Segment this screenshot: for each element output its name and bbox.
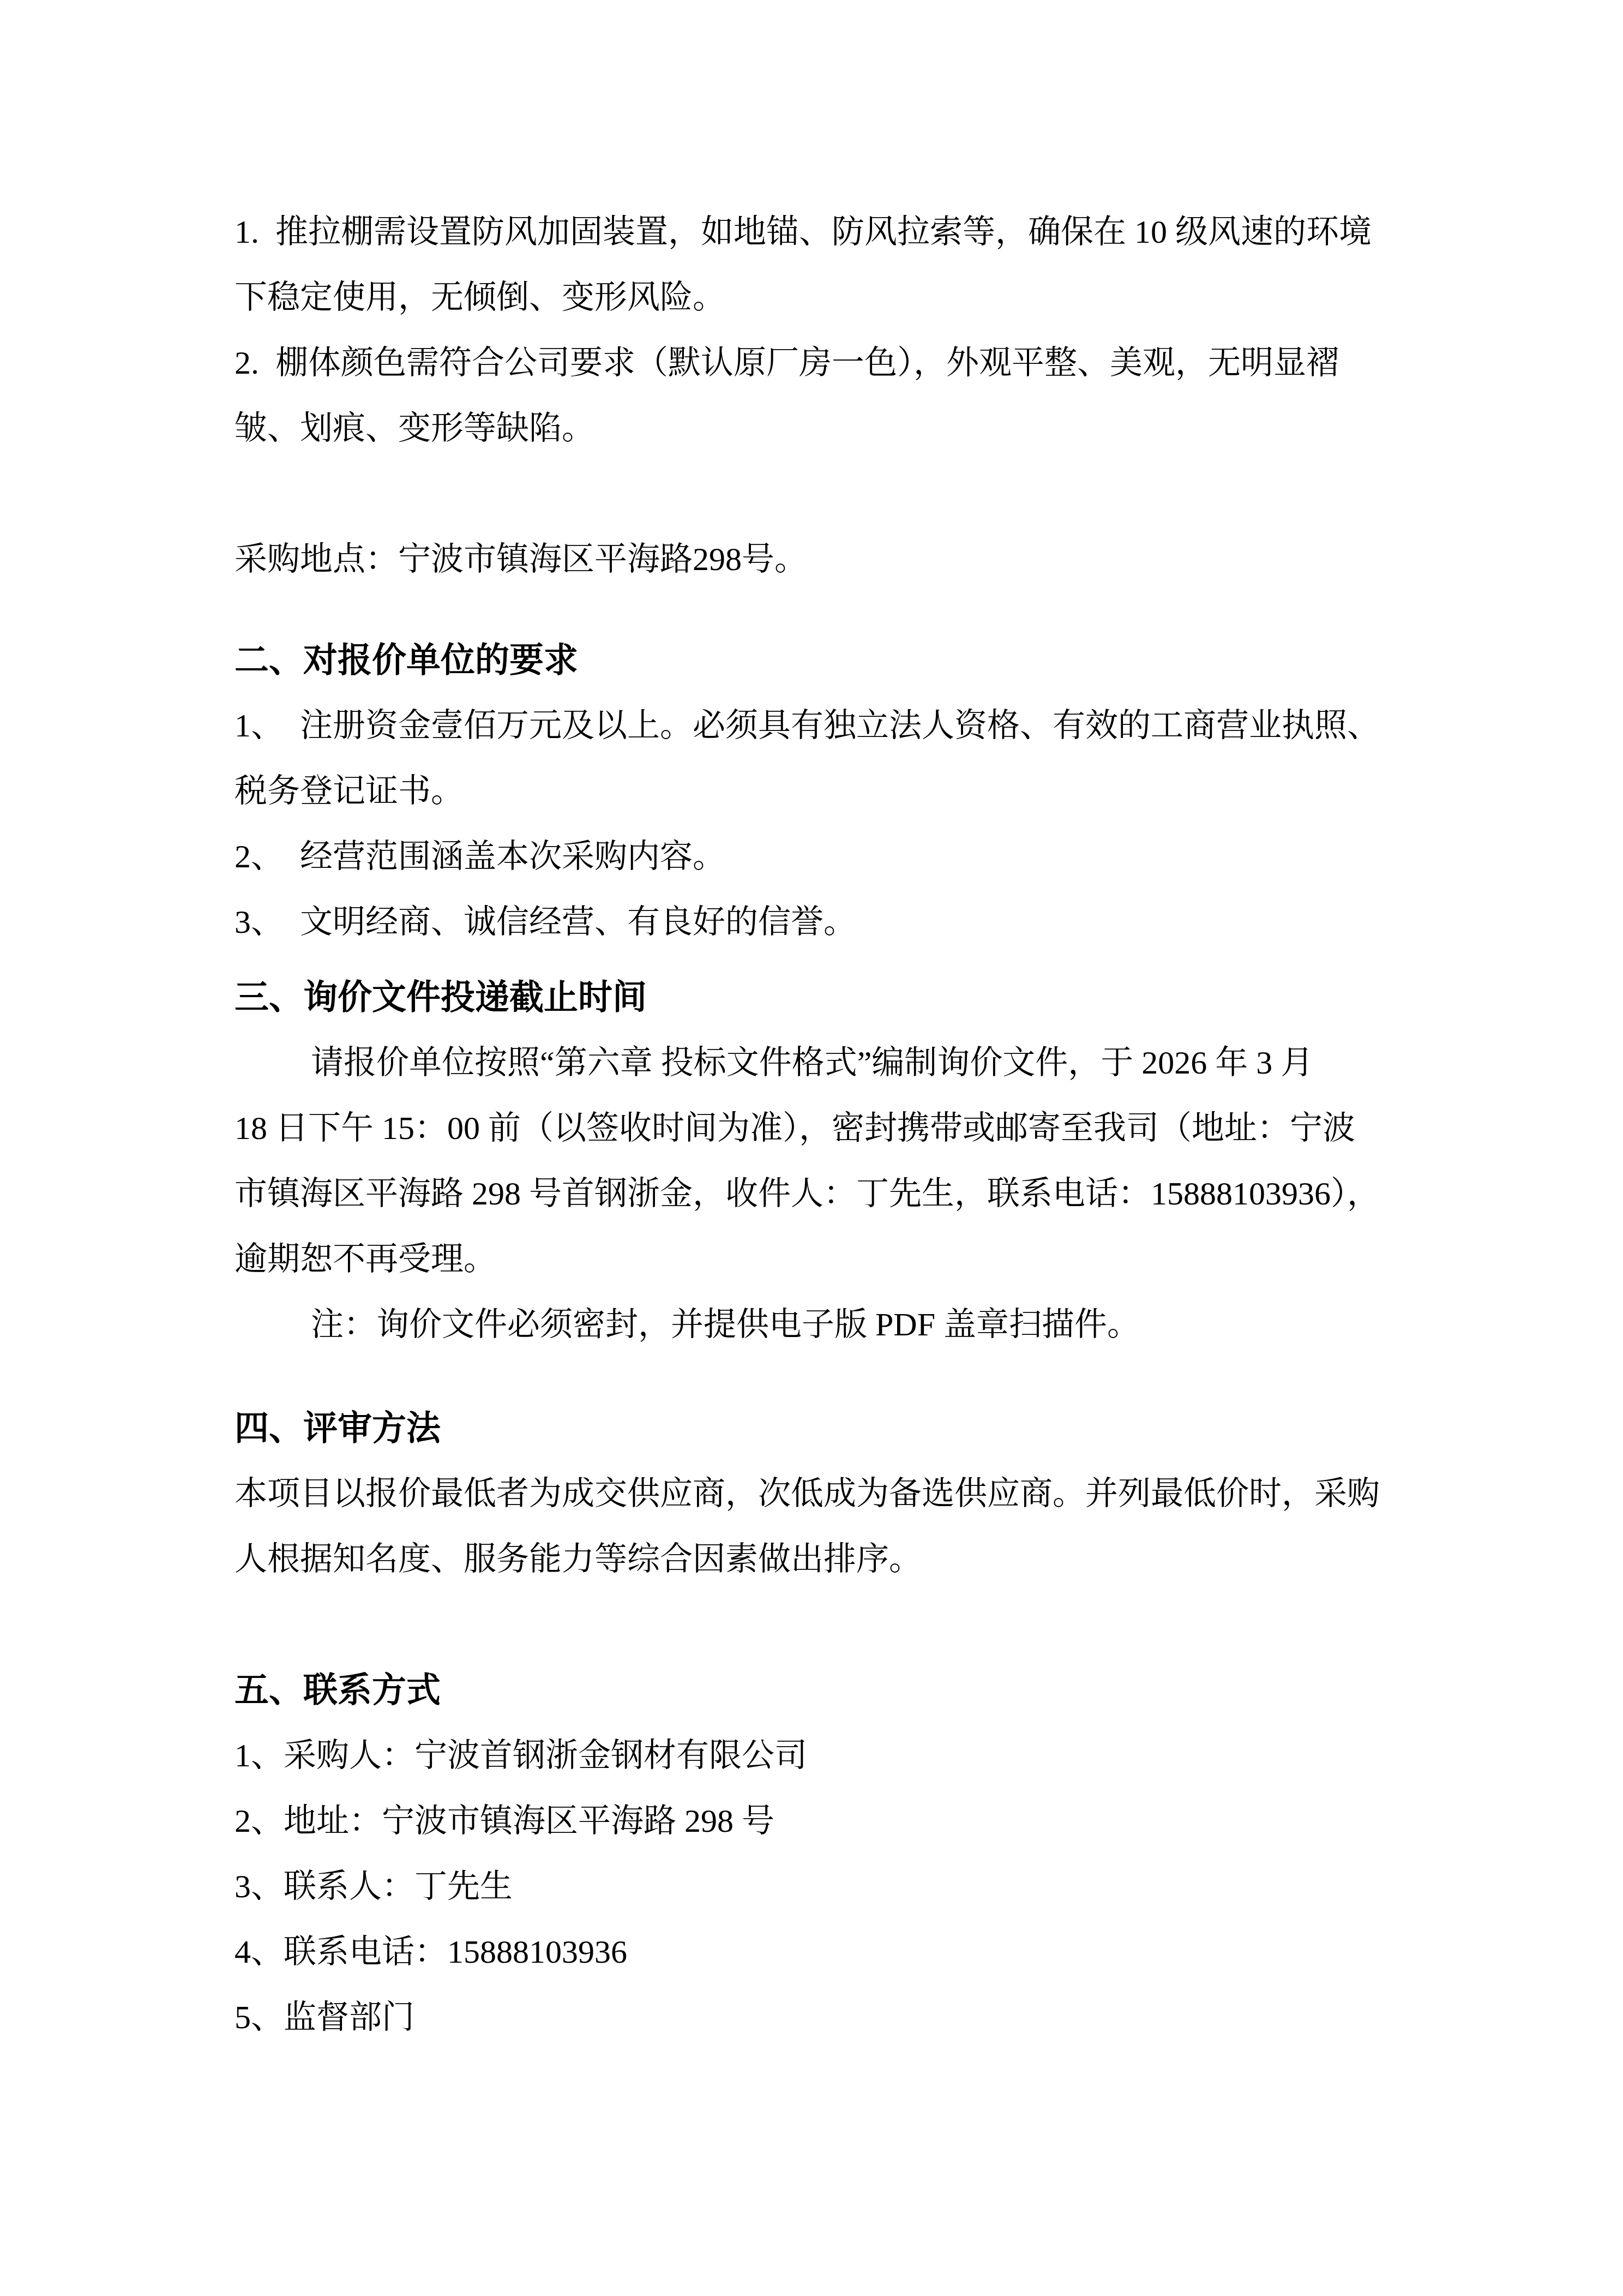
contact-item-supervision: 5、监督部门 — [235, 1985, 1434, 2050]
deadline-para-line-1: 请报价单位按照“第六章 投标文件格式”编制询价文件，于 2026 年 3 月 — [235, 1030, 1434, 1095]
section-heading-2: 二、对报价单位的要求 — [235, 627, 1434, 693]
deadline-note-line: 注：询价文件必须密封，并提供电子版 PDF 盖章扫描件。 — [235, 1292, 1434, 1357]
bidder-req-item-1-line-2: 税务登记证书。 — [235, 758, 1434, 824]
bidder-req-item-1-line-1: 1、 注册资金壹佰万元及以上。必须具有独立法人资格、有效的工商营业执照、 — [235, 693, 1434, 758]
contact-item-phone: 4、联系电话：15888103936 — [235, 1919, 1434, 1985]
blank-line — [235, 461, 1434, 526]
document-page: 1. 推拉棚需设置防风加固装置，如地锚、防风拉索等，确保在 10 级风速的环境 … — [0, 0, 1623, 2296]
document-content: 1. 推拉棚需设置防风加固装置，如地锚、防风拉索等，确保在 10 级风速的环境 … — [235, 199, 1434, 2050]
spec-item-2-line-2: 皱、划痕、变形等缺陷。 — [235, 395, 1434, 461]
blank-line — [235, 1592, 1434, 1657]
spec-item-2-line-1: 2. 棚体颜色需符合公司要求（默认原厂房一色），外观平整、美观，无明显褶 — [235, 330, 1434, 395]
section-heading-4: 四、评审方法 — [235, 1395, 1434, 1461]
contact-item-person: 3、联系人：丁先生 — [235, 1854, 1434, 1919]
bidder-req-item-3: 3、 文明经商、诚信经营、有良好的信誉。 — [235, 889, 1434, 955]
contact-item-address: 2、地址：宁波市镇海区平海路 298 号 — [235, 1788, 1434, 1854]
section-heading-3: 三、询价文件投递截止时间 — [235, 964, 1434, 1030]
bidder-req-item-2: 2、 经营范围涵盖本次采购内容。 — [235, 824, 1434, 889]
section-heading-5: 五、联系方式 — [235, 1657, 1434, 1723]
deadline-para-line-4: 逾期恕不再受理。 — [235, 1226, 1434, 1292]
contact-item-purchaser: 1、采购人：宁波首钢浙金钢材有限公司 — [235, 1723, 1434, 1788]
deadline-para-line-3: 市镇海区平海路 298 号首钢浙金，收件人：丁先生，联系电话：158881039… — [235, 1161, 1434, 1226]
review-method-line-2: 人根据知名度、服务能力等综合因素做出排序。 — [235, 1526, 1434, 1592]
review-method-line-1: 本项目以报价最低者为成交供应商，次低成为备选供应商。并列最低价时，采购 — [235, 1461, 1434, 1526]
spec-item-1-line-2: 下稳定使用，无倾倒、变形风险。 — [235, 265, 1434, 330]
deadline-para-line-2: 18 日下午 15：00 前（以签收时间为准），密封携带或邮寄至我司（地址：宁波 — [235, 1095, 1434, 1161]
purchase-location-line: 采购地点：宁波市镇海区平海路298号。 — [235, 526, 1434, 592]
spec-item-1-line-1: 1. 推拉棚需设置防风加固装置，如地锚、防风拉索等，确保在 10 级风速的环境 — [235, 199, 1434, 265]
